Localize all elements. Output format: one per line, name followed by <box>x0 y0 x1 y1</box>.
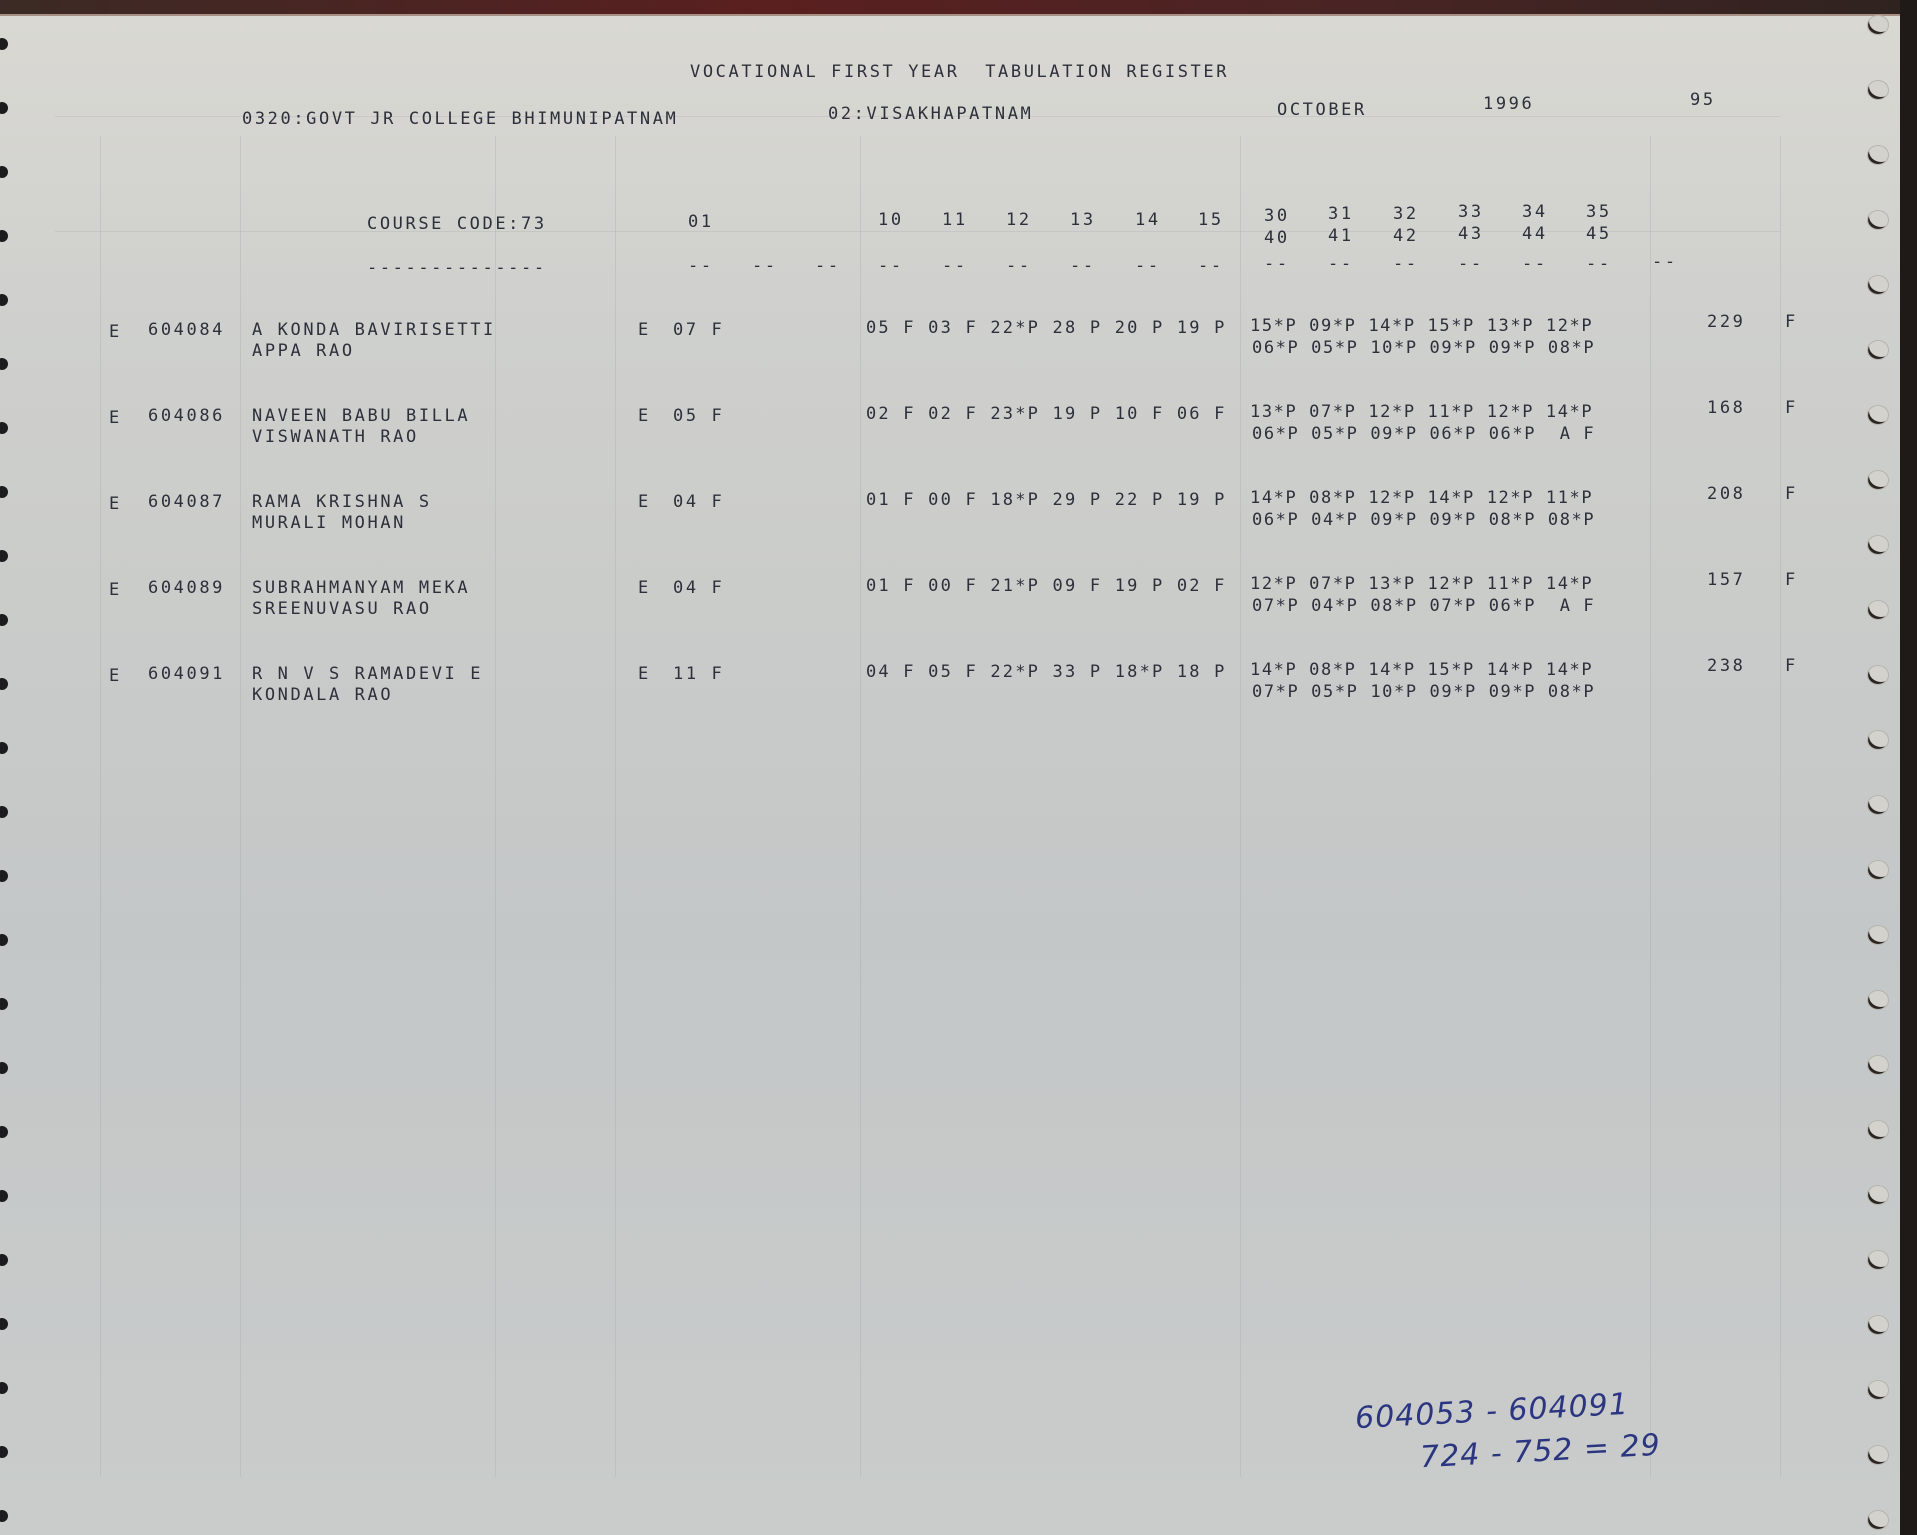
category: E <box>109 496 122 513</box>
part3-marks-row1: 12*P 07*P 13*P 12*P 11*P 14*P <box>1250 576 1593 593</box>
medium: E <box>638 494 651 511</box>
feed-hole-icon <box>1867 275 1889 295</box>
feed-hole-icon <box>1867 1185 1889 1205</box>
subject-code: 01 <box>688 214 714 231</box>
column-dash: -- <box>942 258 968 275</box>
part1-marks: 07 F <box>673 322 724 339</box>
part3-marks-row2: 06*P 04*P 09*P 09*P 08*P 08*P <box>1252 512 1595 529</box>
subject-code: 31 <box>1328 206 1354 223</box>
student-name: RAMA KRISHNA S <box>252 494 432 511</box>
category: E <box>109 582 122 599</box>
feed-hole-icon <box>1867 1380 1889 1400</box>
category: E <box>109 668 122 685</box>
subject-code: 40 <box>1264 230 1290 247</box>
feed-hole-icon <box>1867 860 1889 880</box>
page-number: 95 <box>1690 92 1716 109</box>
part2-marks: 02 F 02 F 23*P 19 P 10 F 06 F <box>866 406 1227 423</box>
column-dash: -- <box>1652 254 1678 271</box>
feed-hole-icon <box>1867 990 1889 1010</box>
subject-code: 32 <box>1393 206 1419 223</box>
part1-marks: 04 F <box>673 494 724 511</box>
part3-marks-row1: 13*P 07*P 12*P 11*P 12*P 14*P <box>1250 404 1593 421</box>
register-title: VOCATIONAL FIRST YEAR TABULATION REGISTE… <box>690 64 1229 81</box>
medium: E <box>638 408 651 425</box>
category: E <box>109 410 122 427</box>
part2-marks: 04 F 05 F 22*P 33 P 18*P 18 P <box>866 664 1227 681</box>
feed-hole-icon <box>1867 1315 1889 1335</box>
category: E <box>109 324 122 341</box>
column-dash: -- <box>1264 256 1290 273</box>
subject-code: 14 <box>1135 212 1161 229</box>
feed-hole-icon <box>1867 15 1889 35</box>
handwritten-range: 604053 - 604091 <box>1354 1387 1629 1436</box>
part3-marks-row2: 07*P 04*P 08*P 07*P 06*P A F <box>1252 598 1595 615</box>
feed-hole-icon <box>1867 1445 1889 1465</box>
feed-hole-icon <box>1867 600 1889 620</box>
district-name: 02:VISAKHAPATNAM <box>828 106 1033 123</box>
total-marks: 157 <box>1707 572 1746 589</box>
column-dash: -- <box>752 258 778 275</box>
column-dash: -- <box>688 258 714 275</box>
subject-code: 12 <box>1006 212 1032 229</box>
feed-hole-icon <box>1867 80 1889 100</box>
column-dash: -- <box>1328 256 1354 273</box>
form-rule <box>615 136 616 1477</box>
part1-marks: 11 F <box>673 666 724 683</box>
subject-code: 30 <box>1264 208 1290 225</box>
total-marks: 168 <box>1707 400 1746 417</box>
feed-hole-icon <box>1867 405 1889 425</box>
subject-code: 43 <box>1458 226 1484 243</box>
part3-marks-row1: 14*P 08*P 12*P 14*P 12*P 11*P <box>1250 490 1593 507</box>
course-code: COURSE CODE:73 <box>367 216 547 233</box>
form-rule <box>1240 136 1241 1477</box>
student-name: NAVEEN BABU BILLA <box>252 408 470 425</box>
total-marks: 238 <box>1707 658 1746 675</box>
hall-ticket-number: 604086 <box>148 408 225 425</box>
column-dash: -- <box>1070 258 1096 275</box>
student-name-line2: KONDALA RAO <box>252 687 393 704</box>
total-marks: 208 <box>1707 486 1746 503</box>
feed-hole-icon <box>1867 340 1889 360</box>
column-dash: -- <box>1006 258 1032 275</box>
part3-marks-row1: 15*P 09*P 14*P 15*P 13*P 12*P <box>1250 318 1593 335</box>
part3-marks-row1: 14*P 08*P 14*P 15*P 14*P 14*P <box>1250 662 1593 679</box>
subject-code: 45 <box>1586 226 1612 243</box>
result: F <box>1785 658 1798 675</box>
exam-year: 1996 <box>1483 96 1534 113</box>
feed-hole-icon <box>1867 1510 1889 1530</box>
result: F <box>1785 486 1798 503</box>
column-dash: -- <box>1393 256 1419 273</box>
subject-code: 34 <box>1522 204 1548 221</box>
subject-code: 35 <box>1586 204 1612 221</box>
subject-code: 41 <box>1328 228 1354 245</box>
hall-ticket-number: 604084 <box>148 322 225 339</box>
form-rule <box>1780 136 1781 1477</box>
student-name: A KONDA BAVIRISETTI <box>252 322 496 339</box>
medium: E <box>638 322 651 339</box>
hall-ticket-number: 604087 <box>148 494 225 511</box>
column-dash: -- <box>878 258 904 275</box>
column-dash: -- <box>1522 256 1548 273</box>
feed-hole-icon <box>1867 795 1889 815</box>
feed-hole-icon <box>1867 1055 1889 1075</box>
feed-hole-icon <box>1867 925 1889 945</box>
handwritten-count: 724 - 752 = 29 <box>1419 1428 1661 1476</box>
feed-hole-icon <box>1867 1120 1889 1140</box>
hall-ticket-number: 604091 <box>148 666 225 683</box>
hall-ticket-number: 604089 <box>148 580 225 597</box>
total-marks: 229 <box>1707 314 1746 331</box>
form-rule <box>100 136 101 1477</box>
part1-marks: 04 F <box>673 580 724 597</box>
part3-marks-row2: 06*P 05*P 09*P 06*P 06*P A F <box>1252 426 1595 443</box>
student-name: SUBRAHMANYAM MEKA <box>252 580 470 597</box>
feed-hole-icon <box>1867 470 1889 490</box>
part2-marks: 05 F 03 F 22*P 28 P 20 P 19 P <box>866 320 1227 337</box>
column-dash: -- <box>1198 258 1224 275</box>
column-dash: -- <box>815 258 841 275</box>
part2-marks: 01 F 00 F 21*P 09 F 19 P 02 F <box>866 578 1227 595</box>
feed-hole-icon <box>1867 145 1889 165</box>
feed-hole-icon <box>1867 665 1889 685</box>
part2-marks: 01 F 00 F 18*P 29 P 22 P 19 P <box>866 492 1227 509</box>
feed-hole-icon <box>1867 730 1889 750</box>
result: F <box>1785 400 1798 417</box>
form-rule <box>240 136 241 1477</box>
student-name: R N V S RAMADEVI E <box>252 666 483 683</box>
subject-code: 10 <box>878 212 904 229</box>
column-dash: -- <box>1458 256 1484 273</box>
subject-code: 33 <box>1458 204 1484 221</box>
form-rule <box>1650 136 1651 1477</box>
student-name-line2: APPA RAO <box>252 343 355 360</box>
subject-code: 44 <box>1522 226 1548 243</box>
result: F <box>1785 314 1798 331</box>
college-name: 0320:GOVT JR COLLEGE BHIMUNIPATNAM <box>242 111 678 128</box>
form-rule <box>860 136 861 1477</box>
feed-hole-icon <box>1867 535 1889 555</box>
student-name-line2: VISWANATH RAO <box>252 429 419 446</box>
course-code-underline: -------------- <box>367 260 547 277</box>
medium: E <box>638 666 651 683</box>
exam-month: OCTOBER <box>1277 102 1367 119</box>
medium: E <box>638 580 651 597</box>
student-name-line2: MURALI MOHAN <box>252 515 406 532</box>
subject-code: 42 <box>1393 228 1419 245</box>
result: F <box>1785 572 1798 589</box>
part1-marks: 05 F <box>673 408 724 425</box>
part3-marks-row2: 06*P 05*P 10*P 09*P 09*P 08*P <box>1252 340 1595 357</box>
subject-code: 15 <box>1198 212 1224 229</box>
column-dash: -- <box>1586 256 1612 273</box>
student-name-line2: SREENUVASU RAO <box>252 601 432 618</box>
printout-page: VOCATIONAL FIRST YEAR TABULATION REGISTE… <box>0 14 1900 1535</box>
part3-marks-row2: 07*P 05*P 10*P 09*P 09*P 08*P <box>1252 684 1595 701</box>
feed-hole-icon <box>1867 1250 1889 1270</box>
background-edge <box>1900 0 1917 1535</box>
column-dash: -- <box>1135 258 1161 275</box>
feed-hole-icon <box>1867 210 1889 230</box>
subject-code: 13 <box>1070 212 1096 229</box>
subject-code: 11 <box>942 212 968 229</box>
